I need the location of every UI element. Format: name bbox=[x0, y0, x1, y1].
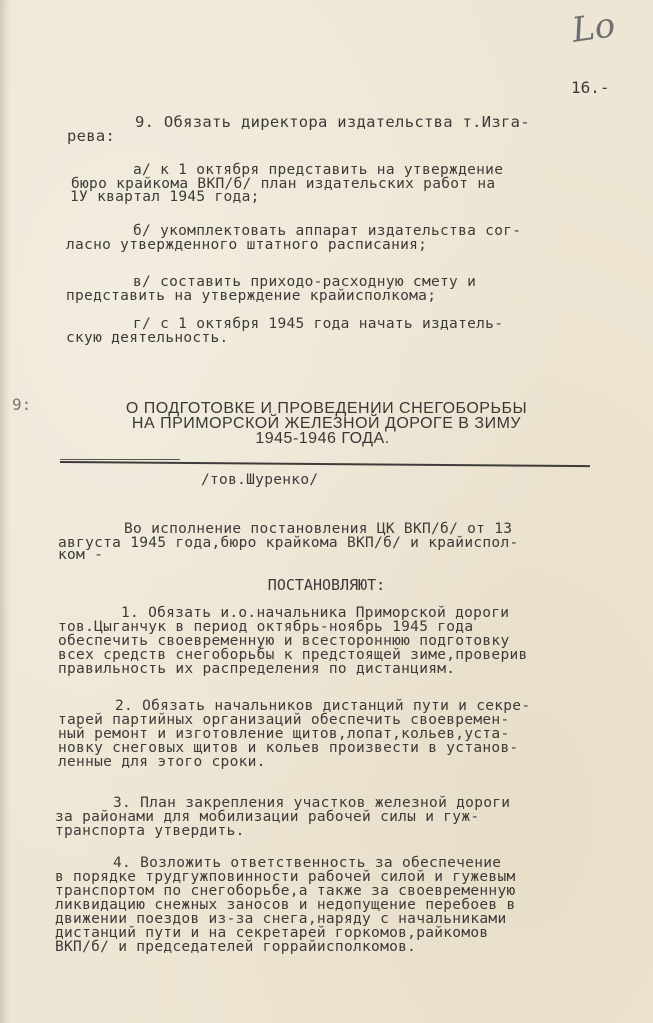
title-underline bbox=[60, 461, 590, 467]
item-9a-line-3: 1У квартал 1945 года; bbox=[70, 191, 260, 204]
section-title-line-1: О ПОДГОТОВКЕ И ПРОВЕДЕНИИ СНЕГОБОРЬБЫ bbox=[0, 401, 653, 416]
speaker-name: /тов.Шуренко/ bbox=[201, 474, 318, 487]
section-title-line-3: 1945-1946 ГОДА. bbox=[0, 431, 649, 446]
page-number: 16.- bbox=[571, 78, 610, 97]
point-4-line-7: ВКП/б/ и председателей горрайисполкомов. bbox=[55, 941, 416, 954]
preamble-line-3: ком - bbox=[58, 549, 103, 562]
resolve-heading: ПОСТАНОВЛЯЮТ: bbox=[0, 576, 653, 594]
point-1-line-5: правильность их распределения по дистанц… bbox=[58, 663, 455, 676]
point-2-line-5: ленные для этого сроки. bbox=[58, 756, 266, 769]
item-9-line-2: рева: bbox=[67, 130, 115, 143]
point-3-line-3: транспорта утвердить. bbox=[55, 825, 245, 838]
page-edge-shadow bbox=[0, 0, 10, 1023]
item-9b-line-2: ласно утвержденного штатного расписания; bbox=[66, 239, 427, 252]
document-page: Lo 16.- 9. Обязать директора издательств… bbox=[0, 0, 653, 1023]
section-title-line-2: НА ПРИМОРСКОЙ ЖЕЛЕЗНОЙ ДОРОГЕ В ЗИМУ bbox=[0, 416, 653, 431]
item-9g-line-2: скую деятельность. bbox=[66, 332, 229, 345]
item-9-line-1: 9. Обязать директора издательства т.Изга… bbox=[135, 116, 530, 129]
title-underline-stroke bbox=[60, 459, 180, 460]
item-9v-line-2: представить на утверждение крайисполкома… bbox=[66, 290, 436, 303]
preamble-line-2: августа 1945 года,бюро крайкома ВКП/б/ и… bbox=[58, 537, 519, 550]
handwritten-signature: Lo bbox=[569, 5, 617, 51]
